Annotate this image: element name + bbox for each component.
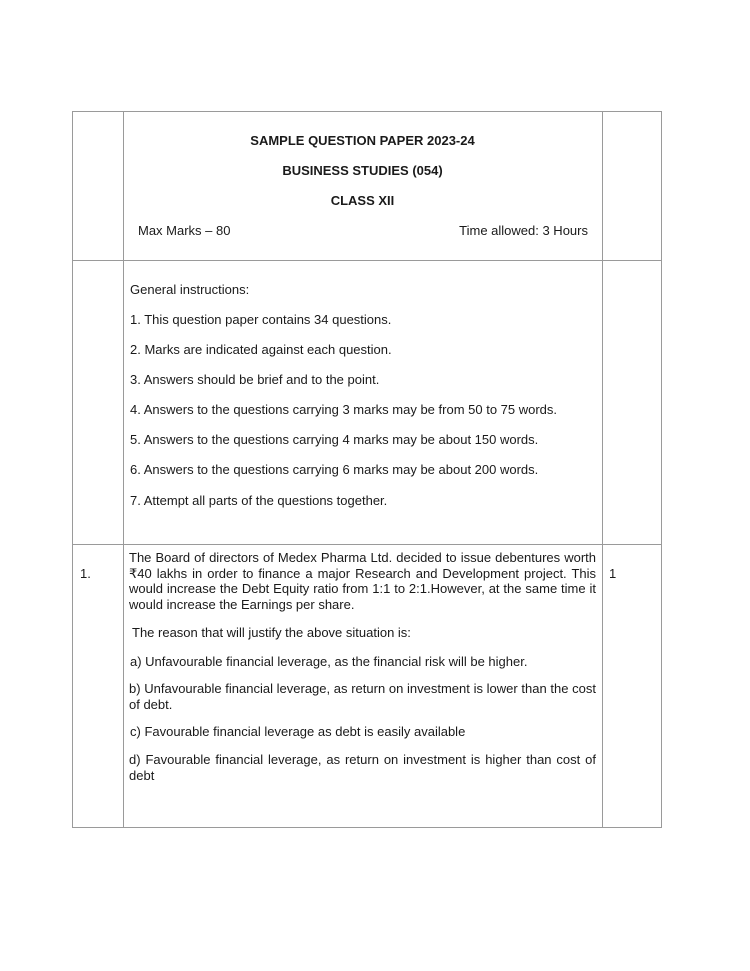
instruction-item: 7. Attempt all parts of the questions to… (130, 493, 387, 509)
paper-title: SAMPLE QUESTION PAPER 2023-24 (123, 133, 602, 149)
instruction-item: 3. Answers should be brief and to the po… (130, 372, 379, 388)
instruction-item: 4. Answers to the questions carrying 3 m… (130, 402, 557, 418)
question-text: The Board of directors of Medex Pharma L… (129, 550, 596, 612)
class-title: CLASS XII (123, 193, 602, 209)
max-marks: Max Marks – 80 (138, 223, 230, 239)
table-border-top (72, 111, 662, 112)
instruction-item: 2. Marks are indicated against each ques… (130, 342, 392, 358)
option-d: d) Favourable financial leverage, as ret… (129, 752, 596, 783)
question-prompt: The reason that will justify the above s… (132, 625, 411, 641)
row-divider (72, 544, 662, 545)
instruction-item: 5. Answers to the questions carrying 4 m… (130, 432, 538, 448)
question-marks: 1 (609, 566, 616, 582)
table-border-left (72, 111, 73, 828)
instruction-item: 1. This question paper contains 34 quest… (130, 312, 391, 328)
option-c: c) Favourable financial leverage as debt… (130, 724, 465, 740)
option-b: b) Unfavourable financial leverage, as r… (129, 681, 596, 712)
instructions-heading: General instructions: (130, 282, 249, 298)
column-divider (123, 111, 124, 828)
column-divider (602, 111, 603, 828)
table-border-bottom (72, 827, 662, 828)
row-divider (72, 260, 662, 261)
time-allowed: Time allowed: 3 Hours (459, 223, 588, 239)
question-number: 1. (80, 566, 91, 582)
subject-title: BUSINESS STUDIES (054) (123, 163, 602, 179)
option-a: a) Unfavourable financial leverage, as t… (130, 654, 527, 670)
table-border-right (661, 111, 662, 828)
instruction-item: 6. Answers to the questions carrying 6 m… (130, 462, 538, 478)
